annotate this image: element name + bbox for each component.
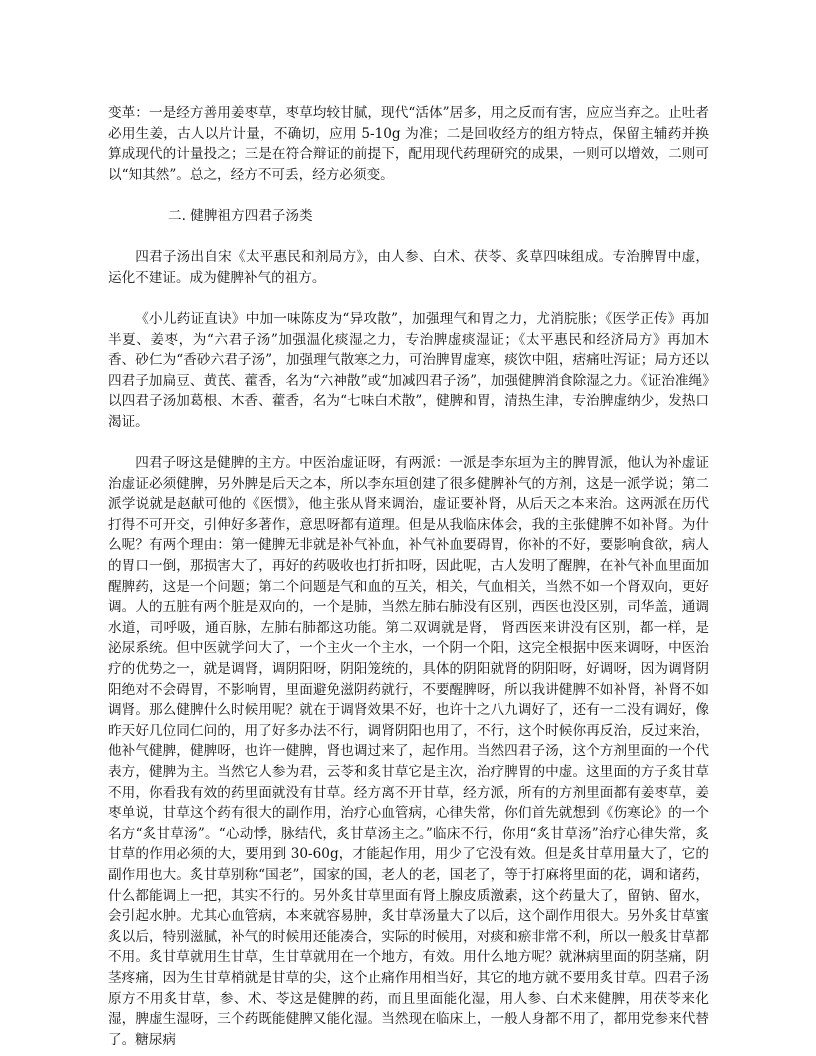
spacer — [108, 288, 709, 309]
spacer — [108, 185, 709, 206]
spacer — [108, 433, 709, 454]
document-page: 变革：一是经方善用姜枣草，枣草均较甘腻，现代“活体”居多，用之反而有害，应应当弃… — [108, 103, 709, 1050]
paragraph-continuation: 变革：一是经方善用姜枣草，枣草均较甘腻，现代“活体”居多，用之反而有害，应应当弃… — [108, 103, 709, 185]
paragraph-sijunzi-discussion: 四君子呀这是健脾的主方。中医治虚证呀，有两派：一派是李东垣为主的脾胃派，他认为补… — [108, 453, 709, 1050]
paragraph-sijunzi-variants: 《小儿药证直诀》中加一味陈皮为“异攻散”，加强理气和胃之力，尤消脘胀；《医学正传… — [108, 309, 709, 433]
spacer — [108, 227, 709, 248]
section-heading: 二. 健脾祖方四君子汤类 — [108, 206, 709, 227]
paragraph-sijunzi-origin: 四君子汤出自宋《太平惠民和剂局方》，由人参、白术、茯苓、炙草四味组成。专治脾胃中… — [108, 247, 709, 288]
